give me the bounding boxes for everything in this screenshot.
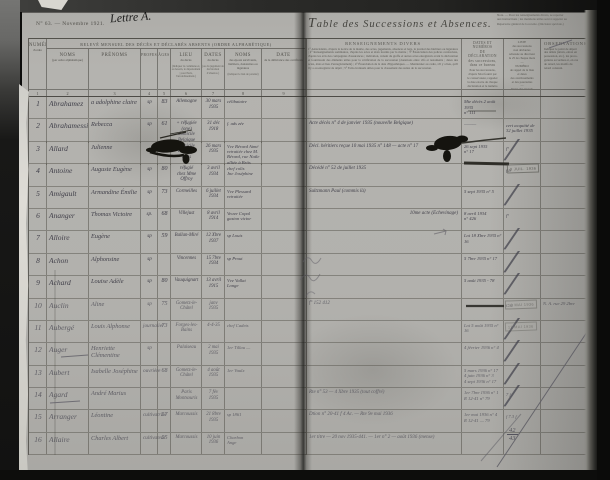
cell-observations <box>541 366 590 387</box>
table-row: 7 Alloire Eugène sp 59 Ballan-Miré 12 Xb… <box>29 231 306 253</box>
table-row: 16 Allaire Charles Albert cultivateur 55… <box>29 433 306 455</box>
cell-date-deces: 4-4-35 <box>202 321 225 342</box>
column-number: 4 <box>141 89 158 96</box>
table-row: 8 Achon Alphonsine sp Vincennes 15 7bre … <box>29 254 306 276</box>
row-number: 6 <box>29 209 47 230</box>
column-number: 6 <box>171 89 202 96</box>
cell-observations <box>541 164 590 185</box>
cell-prenoms: Charles Albert <box>89 433 141 454</box>
cell-age: 75 <box>158 299 171 320</box>
cell-date-deces: janv 1935 <box>202 299 225 320</box>
row-number: 3 <box>29 142 47 165</box>
table-row: Lot 5 août 1935 n° 16 / <box>305 321 590 343</box>
column-header-observations: OBSERVATIONS Indiquer le point de départ… <box>541 39 590 89</box>
cell-certificat <box>262 187 306 208</box>
letter-annotation: Lettre A. <box>110 9 152 27</box>
right-table-rows: Mte décès 2 août 1935 n° 111 Acte décès … <box>305 97 590 455</box>
cell-age <box>158 254 171 275</box>
cell-age: 68 <box>158 366 171 387</box>
cell-heritiers: sp Louis <box>225 231 262 252</box>
column-header-ages: ÂGES <box>158 49 171 89</box>
date-stamp: 11 MAI 1936 <box>505 321 537 331</box>
cell-certificat <box>262 366 306 387</box>
cell-liste <box>504 97 541 118</box>
cell-lieu-deces: Forges-les-Bains <box>171 321 202 342</box>
cell-declaration: Mte décès 2 août 1935 n° 111 <box>462 97 504 118</box>
cell-nom: Alloire <box>47 231 89 252</box>
cell-declaration: 4 février 1936 n° 4 <box>462 343 504 364</box>
cell-heritiers: Charbon Ange <box>225 433 262 454</box>
cell-renseignements: Rte n° 53 — 4 Xbre 1935 (tout coffré) <box>305 388 462 409</box>
cell-prenoms: Rebecca <box>89 119 141 143</box>
cell-certificat <box>262 276 306 297</box>
cell-observations <box>541 187 590 208</box>
cell-heritiers: Veuve Copal gaston victor <box>225 209 262 230</box>
cell-prenoms: Auguste Eugène <box>89 164 141 185</box>
cell-certificat <box>262 388 306 409</box>
left-table-rows: 1 Abrahamez a adolphine claire sp 83 All… <box>29 97 306 455</box>
cell-renseignements: f° 152 412 <box>305 299 462 320</box>
column-header-certificats: DATE de la délivrance des certificats <box>262 49 306 89</box>
cell-date-deces: 12 Xbre 1937 <box>202 231 225 252</box>
cell-date-deces: 21 8bre 1935 <box>202 410 225 431</box>
cell-renseignements <box>305 97 462 118</box>
cell-age: 68 <box>158 209 171 230</box>
cell-profession: sp <box>141 97 158 118</box>
cell-date-deces: 31 déc 1918 <box>202 119 225 143</box>
cell-nom: Allard <box>47 142 89 165</box>
folio-fraction: 42 43 <box>507 427 518 442</box>
row-number: 14 <box>29 388 47 409</box>
column-header-heritiers: NOMS des époux survivants, héritiers, do… <box>225 49 262 89</box>
cell-observations <box>541 209 590 230</box>
cell-age: 59 <box>158 231 171 252</box>
scan-background-top <box>20 0 610 12</box>
row-number: 10 <box>29 299 47 320</box>
cell-lieu-deces: Ballan-Miré <box>171 231 202 252</box>
left-table-header: NUMÉROS d'ordre Relevé mensuel des décès… <box>29 38 306 97</box>
cell-declaration: 5 mars 1936 n° 17 4 juin 1936 n° 3 4 sep… <box>462 366 504 387</box>
table-row: 5 Amigault Armandine Émilie sp 73 Cormei… <box>29 187 306 209</box>
row-number: 12 <box>29 343 47 364</box>
table-row: Sultzmann Paul (commis là) 5 sept 1935 n… <box>305 187 590 209</box>
cell-prenoms: Alphonsine <box>89 254 141 275</box>
cell-observations <box>541 97 590 118</box>
cell-profession <box>141 142 158 165</box>
row-number: 7 <box>29 231 47 252</box>
cell-renseignements: 1er titre — 20 nov 1935-441. — 1er n° 2 … <box>305 433 462 454</box>
scanned-register-spread: N° 63. — Novembre 1921. Lettre A. Table … <box>0 0 610 480</box>
cell-date-deces: 13 avril 1915 <box>202 276 225 297</box>
table-row: 10 Auclin Aline sp 75 Gometz-le-Châtel j… <box>29 299 306 321</box>
cell-declaration <box>462 164 504 185</box>
cell-profession: cultivatrice <box>141 410 158 431</box>
cell-prenoms: Julienne <box>89 142 141 165</box>
cell-renseignements <box>305 343 462 364</box>
cell-declaration: 1er 7bre 1936 n° 1 R 12-41 n° 79 <box>462 388 504 409</box>
column-header-dates: DATES du décès (ou du jugement de déclar… <box>202 49 225 89</box>
cell-observations <box>541 231 590 252</box>
column-header-renseignements: RENSEIGNEMENTS DIVERS 1° Antécédents, d'… <box>305 39 462 89</box>
table-row: 12 Auger Henriette Clémentine sp Palaise… <box>29 343 306 365</box>
row-number: 5 <box>29 187 47 208</box>
cell-heritiers: célibataire <box>225 97 262 118</box>
column-header-declaration: DATES ET NUMÉROS DE DÉCLARATION des succ… <box>462 39 504 89</box>
table-row: 4 février 1936 n° 4 / <box>305 343 590 365</box>
cell-declaration: ——— <box>462 119 504 140</box>
cell-observations <box>541 276 590 297</box>
column-number: 7 <box>202 89 225 96</box>
cell-prenoms: Léontine <box>89 410 141 431</box>
cell-age: 80 <box>158 276 171 297</box>
table-row: Rte n° 53 — 4 Xbre 1935 (tout coffré) 1e… <box>305 388 590 410</box>
cell-date-deces: 30 mars 1935 <box>202 97 225 118</box>
cell-certificat <box>262 164 306 185</box>
row-number: 2 <box>29 119 47 143</box>
column-number: 8 <box>225 89 262 96</box>
left-table: NUMÉROS d'ordre Relevé mensuel des décès… <box>28 38 307 455</box>
cell-certificat <box>262 321 306 342</box>
cell-profession: sp. <box>141 209 158 230</box>
table-row: 10me acte (Echevinage) 8 avril 1934 n° 4… <box>305 209 590 231</box>
column-number: 3 <box>89 89 141 96</box>
cell-certificat <box>262 299 306 320</box>
cell-renseignements: Dtion n° 20-41 f 4 Ac. — Rte 9e mai 1936 <box>305 410 462 431</box>
cell-renseignements: Décédé n° 52 de juillet 1935 <box>305 164 462 185</box>
cell-lieu-deces: Gometz-le- Châtel <box>171 366 202 387</box>
cell-lieu-deces: domicile Forges à Briis <box>171 142 202 165</box>
cell-lieu-deces: Marcoussis <box>171 433 202 454</box>
cell-heritiers: 1er Tillau — <box>225 343 262 364</box>
column-header-professions: PROFESSIONS <box>141 49 158 89</box>
cell-certificat <box>262 254 306 275</box>
row-number: 11 <box>29 321 47 342</box>
row-number: 15 <box>29 410 47 431</box>
cell-observations <box>541 343 590 364</box>
cell-lieu-deces: Gometz-le-Châtel <box>171 299 202 320</box>
cell-age: 73 <box>158 187 171 208</box>
cell-heritiers: chef colis Jne Joséphine <box>225 164 262 185</box>
cell-date-deces: 6 juillet 1934 <box>202 187 225 208</box>
page-title: Table des Successions et Absences. <box>308 16 492 32</box>
cell-profession: sp <box>141 276 158 297</box>
cell-age <box>158 343 171 364</box>
cell-declaration <box>462 299 504 320</box>
cell-observations <box>541 433 590 454</box>
cell-heritiers: sp Prout <box>225 254 262 275</box>
table-row: 11 Aubergé Louis Alphonse journalier 73 … <box>29 321 306 343</box>
column-header-lieu: LIEU du décès (Indiquer la commune et, a… <box>171 49 202 89</box>
cell-nom: Abrahamez <box>47 97 89 118</box>
date-stamp: 10 MAI 1936 <box>505 299 537 309</box>
cell-certificat <box>262 209 306 230</box>
cell-profession: journalier <box>141 321 158 342</box>
cell-prenoms: Henriette Clémentine <box>89 343 141 364</box>
cell-declaration <box>462 433 504 454</box>
table-row: Décédé n° 52 de juillet 1935 f b <box>305 164 590 186</box>
table-row: Dtion n° 20-41 f 4 Ac. — Rte 9e mai 1936… <box>305 410 590 432</box>
cell-prenoms: Eugène <box>89 231 141 252</box>
column-number: 2 <box>47 89 89 96</box>
table-row: 1 Abrahamez a adolphine claire sp 83 All… <box>29 97 306 119</box>
issue-label: N° 63. — Novembre 1921. <box>36 21 105 27</box>
table-row: Mte décès 2 août 1935 n° 111 <box>305 97 590 119</box>
cell-profession: sp <box>141 187 158 208</box>
cell-age: 80 <box>158 164 171 185</box>
cell-age: 55 <box>158 433 171 454</box>
scan-background-left <box>0 0 20 480</box>
date-stamp: 8 JUIL. 1936 <box>507 163 540 173</box>
cell-age: 73 <box>158 321 171 342</box>
cell-renseignements: Sultzmann Paul (commis là) <box>305 187 462 208</box>
cell-lieu-deces: réfugié chez Mme Offroy <box>171 164 202 185</box>
cell-observations <box>541 142 590 163</box>
column-number: 1 <box>29 89 47 96</box>
cell-date-deces: 15 7bre 1934 <box>202 254 225 275</box>
cell-lieu-deces: Paris Montsouris <box>171 388 202 409</box>
cell-profession: sp <box>141 254 158 275</box>
cell-observations <box>541 321 590 342</box>
cell-liste: /7 f <box>504 388 541 409</box>
cell-declaration: 5 7bre 1935 n° 17 <box>462 254 504 275</box>
cell-date-deces: 8 avril 1914 <box>202 209 225 230</box>
cell-liste: /f° <box>504 142 541 163</box>
scan-background-right <box>597 0 610 480</box>
cell-certificat <box>262 119 306 143</box>
cell-renseignements <box>305 276 462 297</box>
cell-age <box>158 388 171 409</box>
cell-profession <box>141 388 158 409</box>
column-number: 9 <box>262 89 306 96</box>
row-number: 16 <box>29 433 47 454</box>
cell-declaration: 1er mai 1936 n° 4 R 12-41 — 79 <box>462 410 504 431</box>
cell-declaration: Lot 5 août 1935 n° 16 <box>462 321 504 342</box>
cell-nom: Abrahamessi <box>47 119 89 143</box>
cell-renseignements: Acte décès n° 4 de janvier 1935 (nouvell… <box>305 119 462 140</box>
table-row: 4 Antoine Auguste Eugène sp 80 réfugié c… <box>29 164 306 186</box>
cell-heritiers: Vve Bérard Aimé retraitée chez M. Bérard… <box>225 142 262 165</box>
cell-nom: Antoine <box>47 164 89 185</box>
cell-date-deces: 2 mai 1935 <box>202 343 225 364</box>
cell-certificat <box>262 343 306 364</box>
cell-prenoms: a adolphine claire <box>89 97 141 118</box>
cell-renseignements: 10me acte (Echevinage) <box>305 209 462 230</box>
cell-lieu-deces: Vincennes <box>171 254 202 275</box>
table-row: 2 Abrahamessi Rebecca sp 61 + réfugiée (… <box>29 119 306 141</box>
cell-lieu-deces: Vauquignart <box>171 276 202 297</box>
cell-profession: sp <box>141 231 158 252</box>
cell-certificat <box>262 231 306 252</box>
cell-observations <box>541 388 590 409</box>
table-row: Décl. héritiers reçue 10 mai 1935 n° 148… <box>305 142 590 164</box>
row-number: 9 <box>29 276 47 297</box>
table-band-title: Relevé mensuel des décès et déclarés abs… <box>47 39 306 49</box>
paper-crease <box>54 270 56 455</box>
cell-heritiers <box>225 299 262 320</box>
cell-prenoms: Isabelle Joséphine <box>89 366 141 387</box>
cell-heritiers: sp 1861 <box>225 410 262 431</box>
table-row: 9 Achard Louise Adèle sp 80 Vauquignart … <box>29 276 306 298</box>
cell-observations <box>541 254 590 275</box>
scan-background-bottom <box>0 470 610 480</box>
cell-profession: sp <box>141 343 158 364</box>
cell-heritiers: 1er Vaulx <box>225 366 262 387</box>
cell-certificat <box>262 410 306 431</box>
cell-lieu-deces: Palaiseau <box>171 343 202 364</box>
book-right-edge <box>584 10 598 472</box>
cell-age: 83 <box>158 97 171 118</box>
cell-declaration: 5 sept 1935 n° 5 <box>462 187 504 208</box>
cell-profession: sp <box>141 119 158 143</box>
cell-declaration: 8 avril 1934 n° 426 <box>462 209 504 230</box>
cell-heritiers: Vve Plessard retraitée <box>225 187 262 208</box>
column-header-liste: LISTE des successions non déclarées adre… <box>504 39 541 89</box>
cell-declaration: 26 sept 1935 n° 17 <box>462 142 504 163</box>
table-row: Acte décès n° 4 de janvier 1935 (nouvell… <box>305 119 590 141</box>
cell-nom: Ananger <box>47 209 89 230</box>
cell-renseignements <box>305 231 462 252</box>
cell-renseignements: Décl. héritiers reçue 10 mai 1935 n° 148… <box>305 142 462 163</box>
cell-observations: N. A. rue 29 2bre <box>541 299 590 320</box>
cell-heritiers: chef Cadets <box>225 321 262 342</box>
cell-lieu-deces: Cormeilles <box>171 187 202 208</box>
cell-lieu-deces: Allemagne <box>171 97 202 118</box>
cell-heritiers: f. ads zée <box>225 119 262 143</box>
row-number: 13 <box>29 366 47 387</box>
cell-liste: / <box>504 276 541 297</box>
cell-observations <box>541 119 590 140</box>
column-header-prenoms: PRÉNOMS <box>89 49 141 89</box>
cell-declaration: Lot 18 Xbre 1935 n° 16 <box>462 231 504 252</box>
cell-prenoms: Louis Alphonse <box>89 321 141 342</box>
column-header-noms: NOMS (par ordre alphabétique) <box>47 49 89 89</box>
cell-date-deces: 7 fév 1935 <box>202 388 225 409</box>
cell-nom: Amigault <box>47 187 89 208</box>
cell-lieu-deces: Villejust <box>171 209 202 230</box>
cell-observations <box>541 410 590 431</box>
table-row: Lot 18 Xbre 1935 n° 16 / <box>305 231 590 253</box>
cell-prenoms: Thomas Victoire <box>89 209 141 230</box>
cell-prenoms: André Marius <box>89 388 141 409</box>
column-header-numeros: NUMÉROS d'ordre <box>29 39 47 89</box>
table-row: 13 Aubert Isabelle Joséphine ouvrière 68… <box>29 366 306 388</box>
cell-liste: / <box>504 187 541 208</box>
right-table: RENSEIGNEMENTS DIVERS 1° Antécédents, d'… <box>305 38 591 455</box>
cell-certificat <box>262 142 306 165</box>
table-row: 1er titre — 20 nov 1935-441. — 1er n° 2 … <box>305 433 590 455</box>
cell-certificat <box>262 433 306 454</box>
cell-renseignements <box>305 366 462 387</box>
row-number: 4 <box>29 164 47 185</box>
table-row: 6 Ananger Thomas Victoire sp. 68 Villeju… <box>29 209 306 231</box>
nota-block: Nota. — Pour les renseignements divers, … <box>497 13 585 26</box>
table-row: 5 août 1935 - 78 / <box>305 276 590 298</box>
cell-date-deces: 10 juin 1936 <box>202 433 225 454</box>
cell-certificat <box>262 97 306 118</box>
cell-prenoms: Armandine Émilie <box>89 187 141 208</box>
cell-date-deces: 26 mars 1935 <box>202 142 225 165</box>
cell-renseignements <box>305 321 462 342</box>
table-row: 5 7bre 1935 n° 17 / <box>305 254 590 276</box>
cell-declaration: 5 août 1935 - 78 <box>462 276 504 297</box>
cell-age: 57 <box>158 410 171 431</box>
cell-lieu-deces: + réfugiée (one) domicile Belgique <box>171 119 202 143</box>
cell-profession: sp <box>141 164 158 185</box>
cell-lieu-deces: Marcoussis <box>171 410 202 431</box>
column-number: 5 <box>158 89 171 96</box>
cell-profession: ouvrière <box>141 366 158 387</box>
cell-prenoms: Aline <box>89 299 141 320</box>
table-row: 3 Allard Julienne 56 domicile Forges à B… <box>29 142 306 164</box>
cell-profession: sp <box>141 299 158 320</box>
cell-age: 56 <box>158 142 171 165</box>
cell-renseignements <box>305 254 462 275</box>
table-row: 14 Agard André Marius Paris Montsouris 7… <box>29 388 306 410</box>
right-table-header: RENSEIGNEMENTS DIVERS 1° Antécédents, d'… <box>305 38 590 97</box>
table-row: 5 mars 1936 n° 17 4 juin 1936 n° 3 4 sep… <box>305 366 590 388</box>
cell-profession: cultivateur <box>141 433 158 454</box>
table-row: f° 152 412 C 6 N. A. rue 29 2bre <box>305 299 590 321</box>
cell-prenoms: Louise Adèle <box>89 276 141 297</box>
table-row: 15 Arranger Léontine cultivatrice 57 Mar… <box>29 410 306 432</box>
cell-date-deces: 4 août 1935 <box>202 366 225 387</box>
cell-age: 61 <box>158 119 171 143</box>
cell-date-deces: 3 avril 1934 <box>202 164 225 185</box>
row-number: 1 <box>29 97 47 118</box>
row-number: 8 <box>29 254 47 275</box>
cell-heritiers: Vve Vallat Longe <box>225 276 262 297</box>
cell-heritiers <box>225 388 262 409</box>
